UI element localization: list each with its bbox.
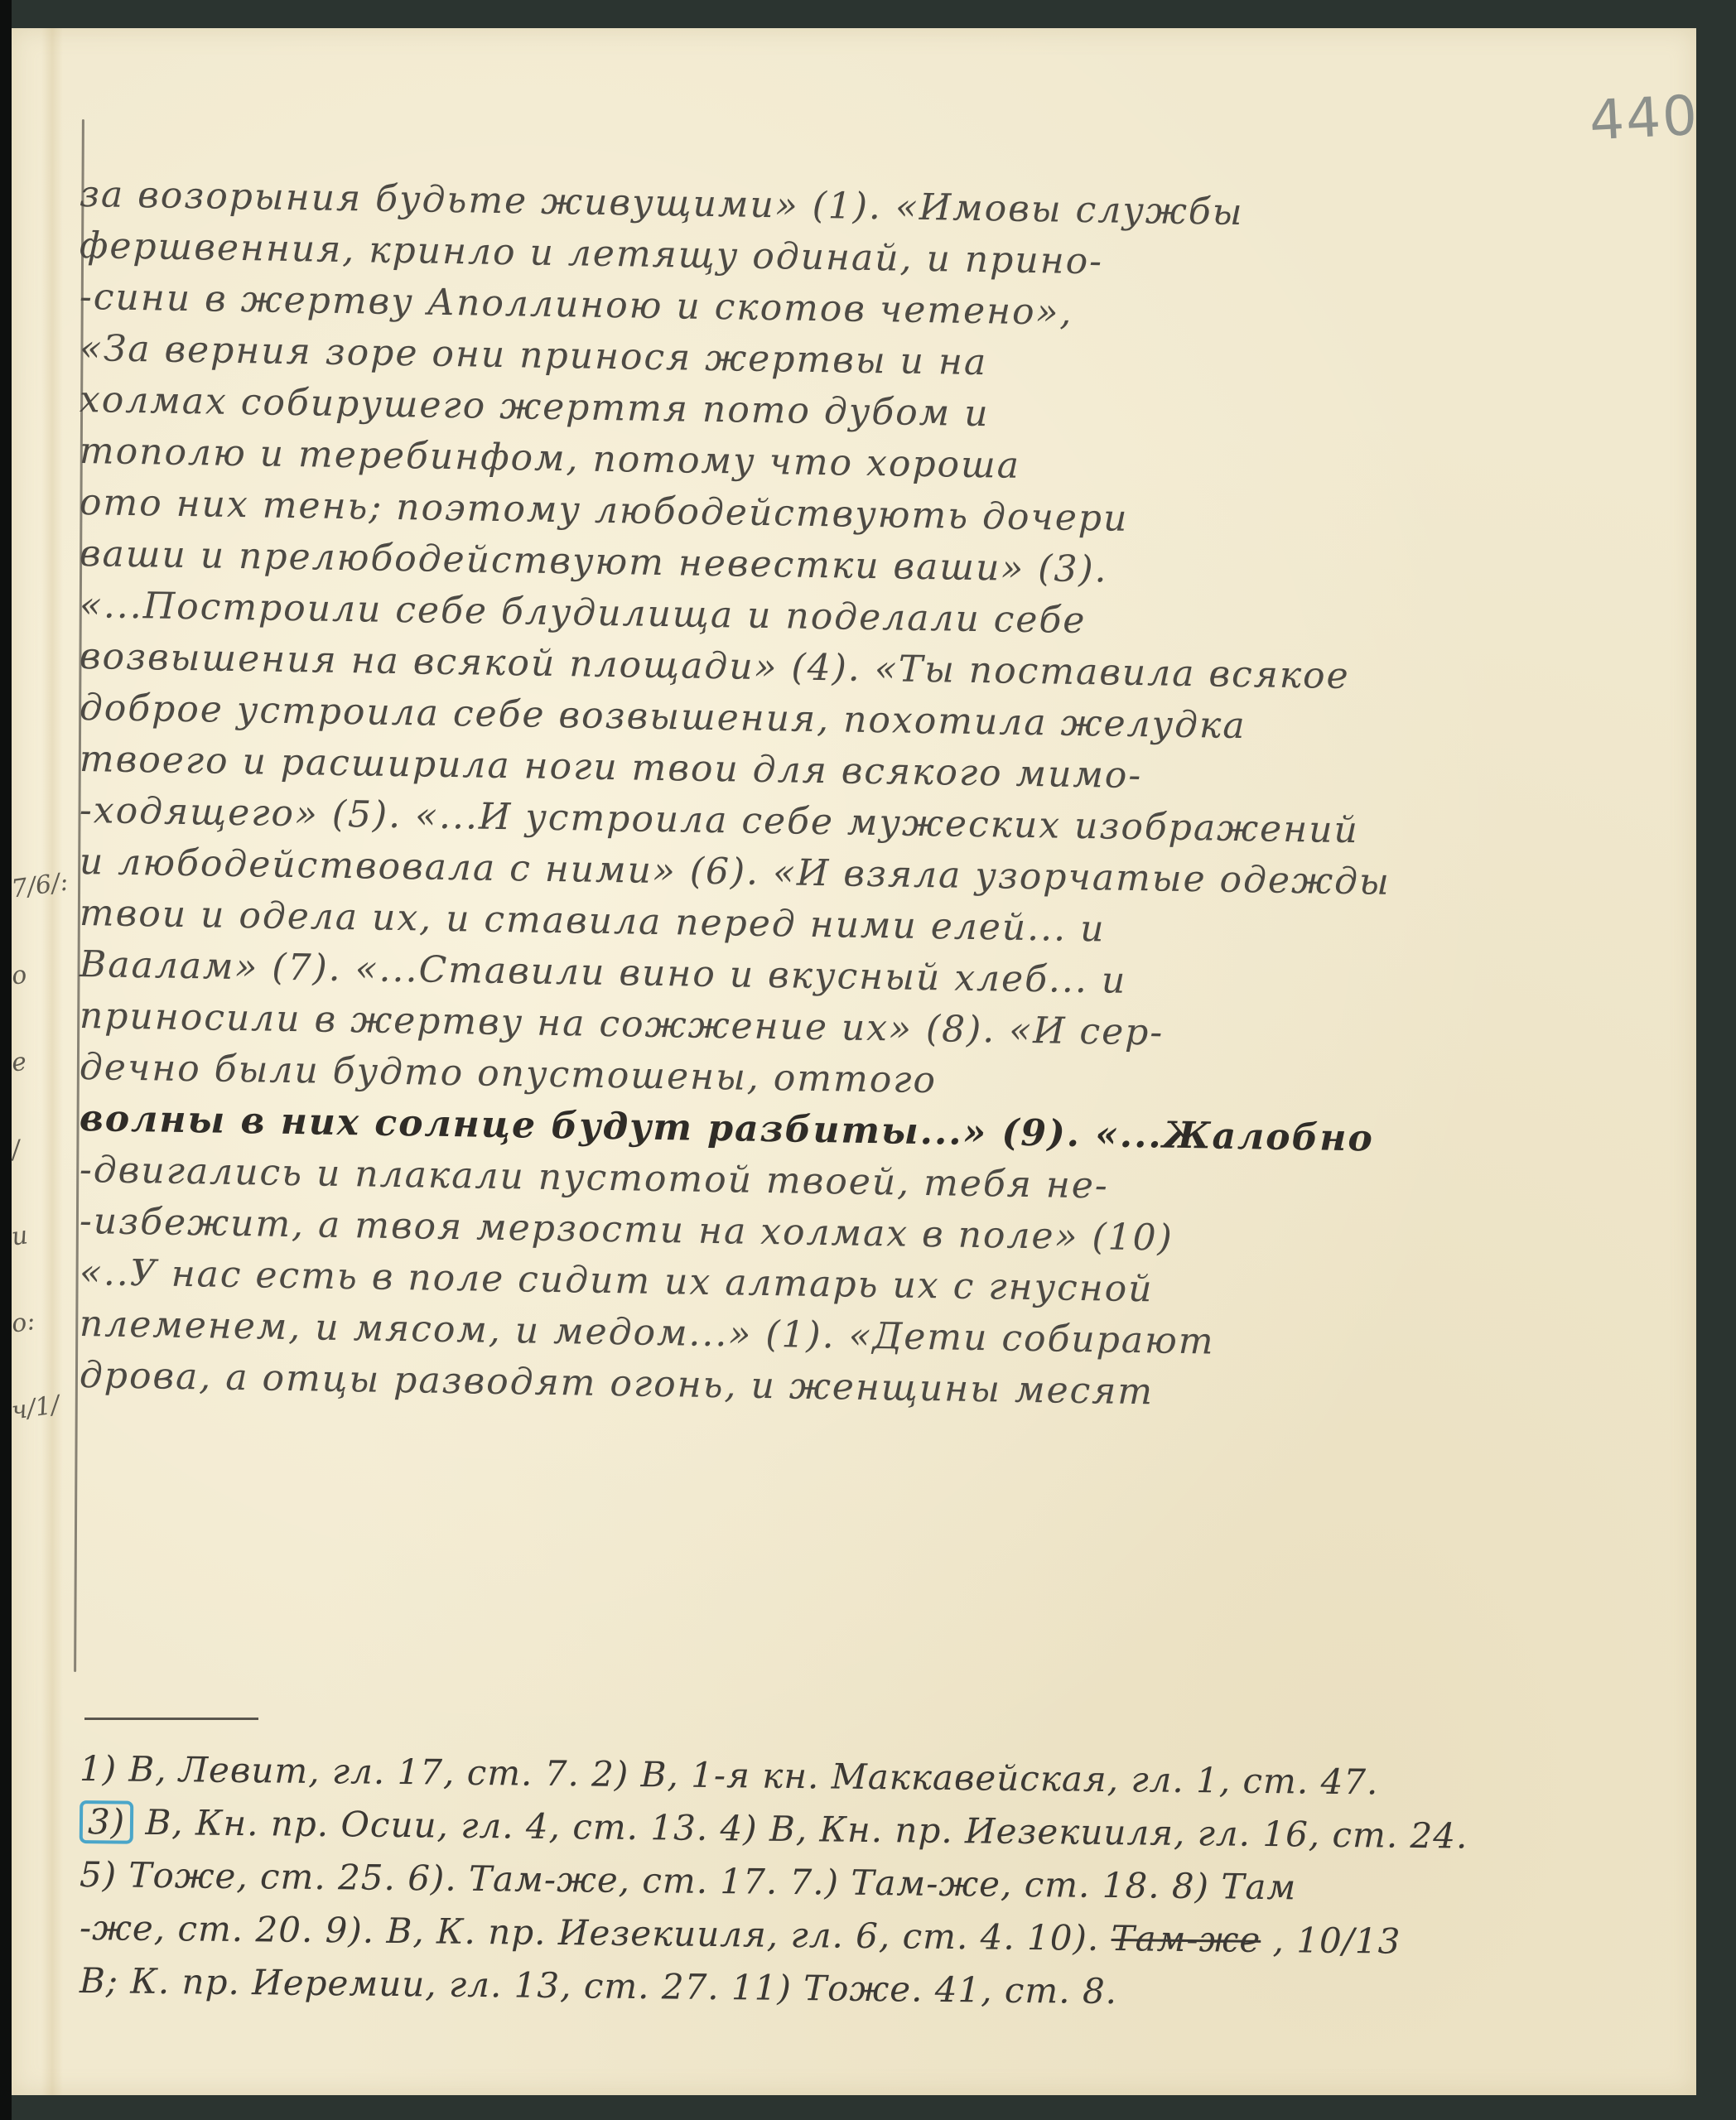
- margin-fragment: 7/6/:: [10, 870, 46, 903]
- manuscript-body: за возорыния будьте живущими» (1). «Имов…: [80, 169, 1703, 1401]
- footnote-text: , 10/13: [1272, 1920, 1401, 1962]
- struck-through-text: Там-же: [1111, 1918, 1261, 1960]
- margin-fragment: и: [10, 1218, 46, 1251]
- footnote-text: 5) Тоже, ст. 25. 6). Там-же, ст. 17. 7.)…: [80, 1854, 1297, 1907]
- folio-number: 440: [1588, 84, 1700, 153]
- footnote-text: В, Кн. пр. Осии, гл. 4, ст. 13. 4) В, Кн…: [145, 1802, 1468, 1857]
- footnote-text: -же, ст. 20. 9). В, К. пр. Иезекииля, гл…: [80, 1907, 1100, 1959]
- margin-fragment: о:: [10, 1305, 46, 1338]
- footnote-separator: [84, 1718, 258, 1720]
- footnotes: 1) В, Левит, гл. 17, ст. 7. 2) В, 1-я кн…: [80, 1742, 1711, 2007]
- adjacent-page-margin-fragments: 7/6/: о е / и о: ч/1/: [12, 873, 45, 1482]
- footnote-text: 1) В, Левит, гл. 17, ст. 7. 2) В, 1-я кн…: [80, 1748, 1379, 1802]
- footnote-text: В; К. пр. Иеремии, гл. 13, ст. 27. 11) Т…: [80, 1960, 1118, 2012]
- margin-fragment: /: [10, 1131, 46, 1164]
- margin-fragment: е: [10, 1044, 46, 1077]
- blue-boxed-footnote-marker: 3): [80, 1800, 134, 1844]
- scan-left-edge: [0, 0, 12, 2120]
- margin-fragment: о: [10, 957, 46, 990]
- manuscript-page: 7/6/: о е / и о: ч/1/ 440 за возорыния б…: [12, 28, 1696, 2095]
- margin-fragment: ч/1/: [10, 1392, 46, 1425]
